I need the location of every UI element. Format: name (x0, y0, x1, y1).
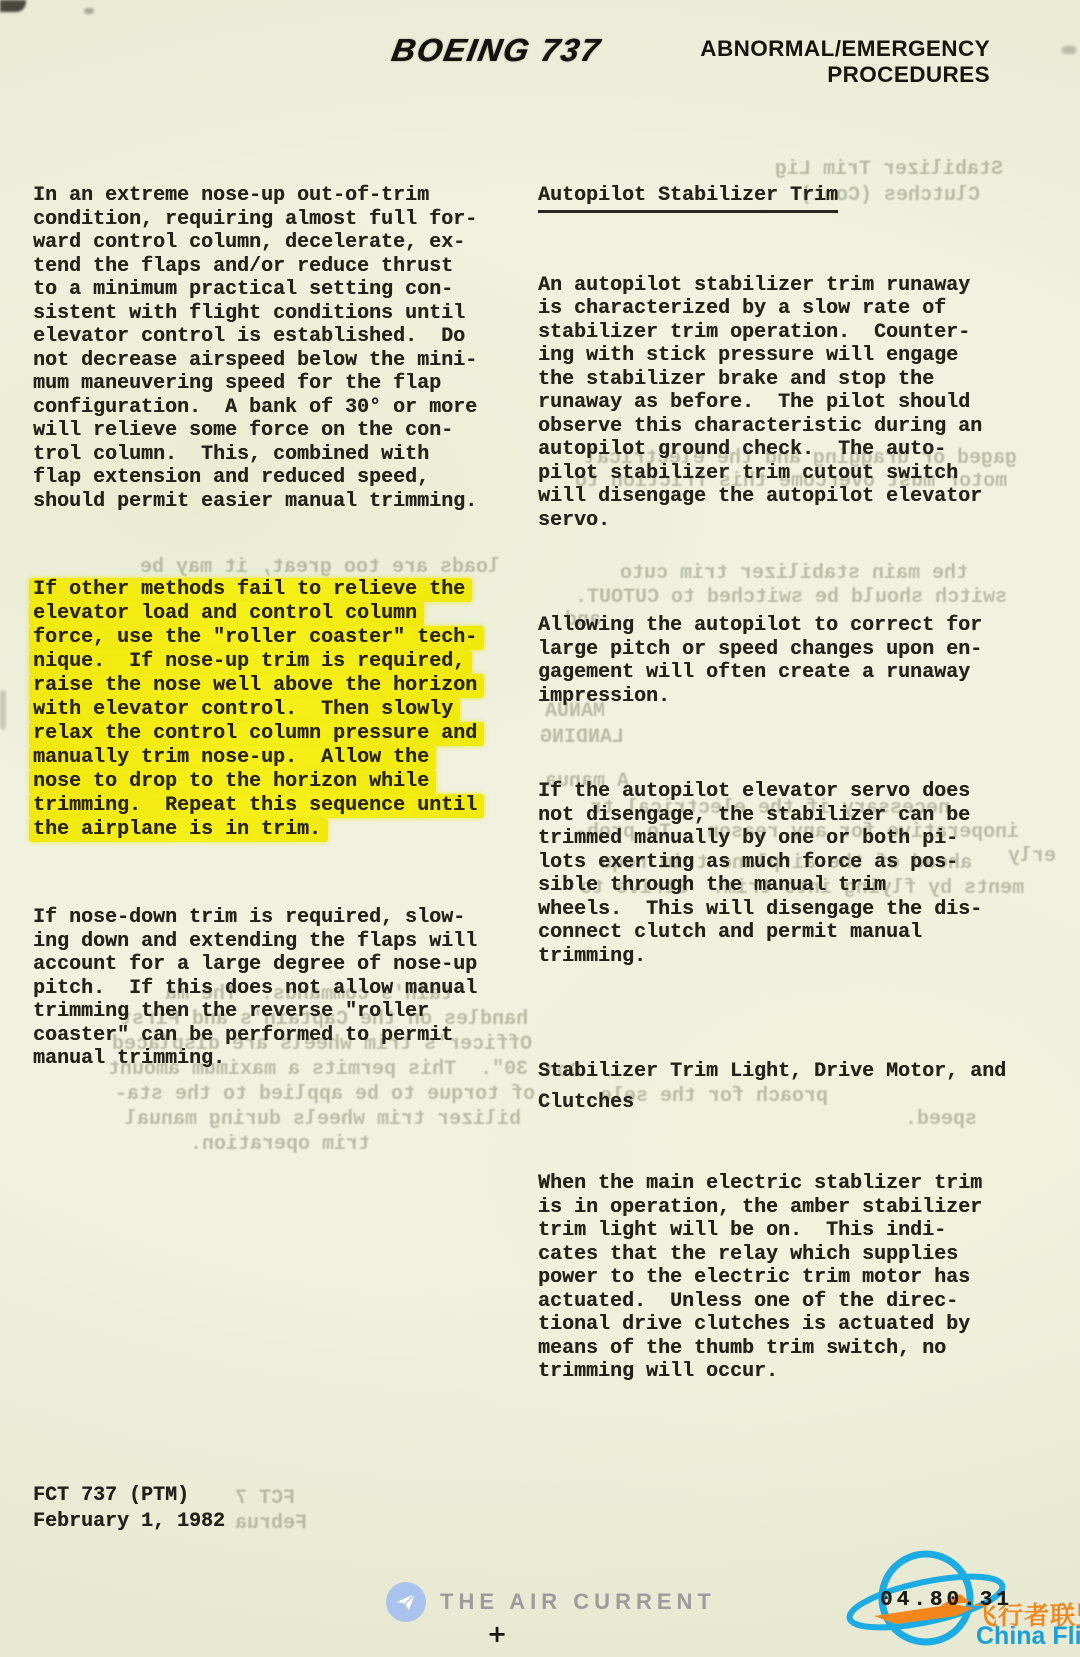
highlight-line: manually trim nose-up. Allow the (29, 746, 436, 770)
highlight-line: the airplane is in trim. (29, 818, 328, 842)
china-flier-en-label: China Flier (976, 1622, 1080, 1651)
scan-smudge (0, 690, 6, 730)
doc-ref-code: FCT 737 (PTM) (33, 1483, 225, 1509)
paragraph-elevator-servo: If the autopilot elevator servo does not… (538, 780, 1018, 968)
footer-doc-ref: FCT 737 (PTM) February 1, 1982 (33, 1483, 225, 1535)
paragraph-nose-up-out-of-trim: In an extreme nose-up out-of-trim condit… (33, 184, 503, 513)
bleed-through-text: bilizer trim wheels during manual (125, 1108, 521, 1131)
air-current-label: THE AIR CURRENT (440, 1589, 716, 1615)
page-number: 04.80.31 (880, 1589, 1013, 1613)
left-column: In an extreme nose-up out-of-trim condit… (33, 148, 503, 1107)
highlight-line: nique. If nose-up trim is required, (29, 650, 472, 674)
registration-plus-mark: + (487, 1622, 507, 1646)
highlighted-paragraph: If other methods fail to relieve theelev… (33, 578, 503, 842)
section-heading-autopilot-stabilizer-trim: Autopilot Stabilizer Trim (538, 184, 1018, 213)
scan-smudge (84, 8, 94, 14)
right-column: Autopilot Stabilizer Trim An autopilot s… (538, 148, 1018, 1420)
highlight-line: trimming. Repeat this sequence until (29, 794, 484, 818)
highlight-line: If other methods fail to relieve the (29, 578, 472, 602)
highlight-line: raise the nose well above the horizon (29, 674, 484, 698)
paper-plane-icon (386, 1582, 426, 1622)
boeing-737-logo: BOEING 737 (389, 32, 604, 69)
page-title: ABNORMAL/EMERGENCY PROCEDURES (660, 36, 990, 88)
section-heading-stabilizer-trim-light: Stabilizer Trim Light, Drive Motor, andC… (538, 1057, 1018, 1119)
paragraph-nose-down-trim: If nose-down trim is required, slow- ing… (33, 906, 503, 1071)
highlight-line: elevator load and control column (29, 602, 424, 626)
scan-smudge (1062, 46, 1076, 54)
highlight-line: nose to drop to the horizon while (29, 770, 436, 794)
highlight-line: with elevator control. Then slowly (29, 698, 460, 722)
air-current-watermark: THE AIR CURRENT (386, 1582, 716, 1622)
highlight-line: relax the control column pressure and (29, 722, 484, 746)
doc-ref-date: February 1, 1982 (33, 1509, 225, 1535)
scan-smudge (0, 0, 26, 12)
paragraph-trim-light: When the main electric stablizer trim is… (538, 1172, 1018, 1384)
paragraph-allowing-autopilot: Allowing the autopilot to correct for la… (538, 614, 1018, 708)
bleed-through-text: trim operation. (190, 1133, 370, 1156)
highlight-line: force, use the "roller coaster" tech- (29, 626, 484, 650)
bleed-through-text: Februa (235, 1512, 307, 1535)
scanned-manual-page: Stabilizer Trim LigClutches (Cont)loads … (0, 0, 1080, 1657)
bleed-through-text: FCT 7 (235, 1487, 295, 1510)
paragraph-autopilot-runaway: An autopilot stabilizer trim runaway is … (538, 274, 1018, 533)
